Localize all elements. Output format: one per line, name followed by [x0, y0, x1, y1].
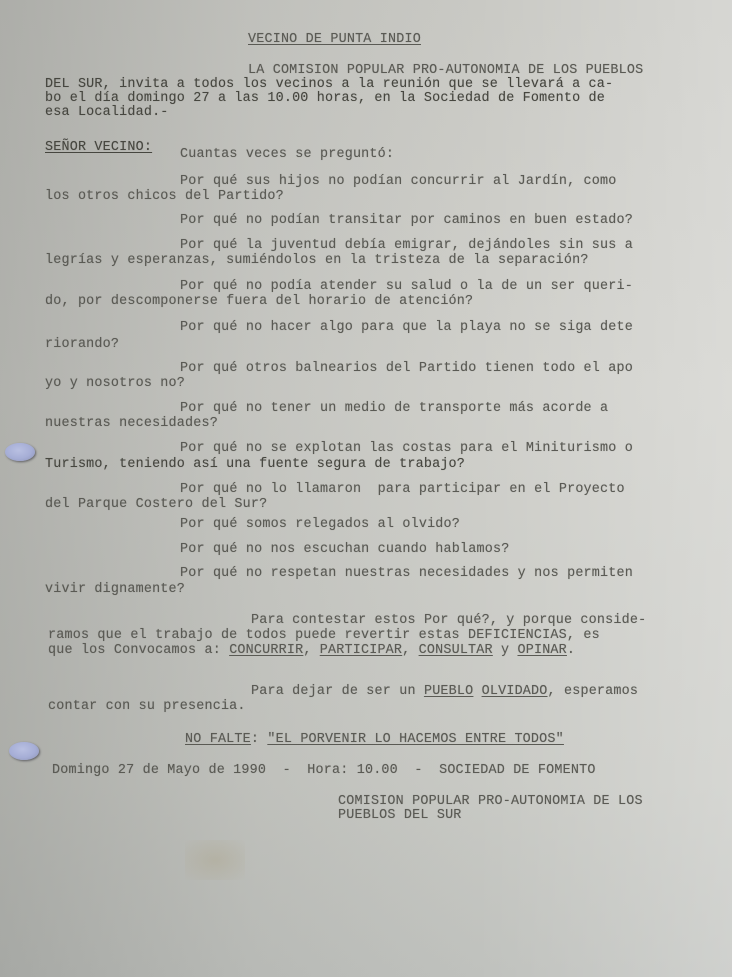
intro-line: esa Localidad.-	[45, 106, 169, 120]
question-line: Por qué no se explotan las costas para e…	[180, 442, 633, 456]
question-line: Por qué no nos escuchan cuando hablamos?	[180, 543, 509, 557]
separator: ,	[402, 643, 418, 658]
answer-text: que los Convocamos a:	[48, 643, 229, 658]
punch-hole-icon	[5, 443, 35, 461]
question-lead: Cuantas veces se preguntó:	[180, 148, 394, 162]
question-line: Por qué no podían transitar por caminos …	[180, 214, 633, 228]
closing-text: , esperamos	[548, 684, 639, 699]
verb-opinar: OPINAR	[517, 643, 566, 658]
question-line: Por qué somos relegados al olvido?	[180, 518, 460, 532]
question-continuation: nuestras necesidades?	[45, 417, 218, 431]
verb-consultar: CONSULTAR	[419, 643, 493, 658]
pueblo-text: PUEBLO	[424, 684, 473, 699]
question-continuation: del Parque Costero del Sur?	[45, 498, 267, 512]
answer-text: ramos que el trabajo de todos puede reve…	[48, 628, 468, 643]
question-line: Por qué no lo llamaron para participar e…	[180, 483, 625, 497]
question-line: Por qué no hacer algo para que la playa …	[180, 321, 633, 335]
question-continuation: riorando?	[45, 338, 119, 352]
question-line: Por qué la juventud debía emigrar, deján…	[180, 239, 633, 253]
verb-concurrir: CONCURRIR	[229, 643, 303, 658]
no-falte-text: NO FALTE	[185, 732, 251, 747]
slogan-quote: "EL PORVENIR LO HACEMOS ENTRE TODOS"	[267, 732, 564, 747]
typewritten-flyer: VECINO DE PUNTA INDIO LA COMISION POPULA…	[0, 0, 732, 977]
intro-line: bo el día domingo 27 a las 10.00 horas, …	[45, 92, 605, 106]
document-title: VECINO DE PUNTA INDIO	[248, 33, 421, 47]
salutation: SEÑOR VECINO:	[45, 141, 152, 155]
intro-line: DEL SUR, invita a todos los vecinos a la…	[45, 78, 613, 92]
signature-line: PUEBLOS DEL SUR	[338, 809, 462, 823]
intro-line: LA COMISION POPULAR PRO-AUTONOMIA DE LOS…	[248, 64, 643, 78]
separator: ,	[303, 643, 319, 658]
closing-text: Para dejar de ser un	[251, 684, 424, 699]
signature-line: COMISION POPULAR PRO-AUTONOMIA DE LOS	[338, 795, 643, 809]
question-line: Por qué no podía atender su salud o la d…	[180, 280, 633, 294]
event-details: Domingo 27 de Mayo de 1990 - Hora: 10.00…	[52, 764, 596, 778]
verb-participar: PARTICIPAR	[320, 643, 402, 658]
closing-line-2: contar con su presencia.	[48, 700, 246, 714]
slogan: NO FALTE: "EL PORVENIR LO HACEMOS ENTRE …	[185, 733, 564, 747]
separator: .	[567, 643, 575, 658]
question-continuation: los otros chicos del Partido?	[45, 190, 284, 204]
answer-line-3: que los Convocamos a: CONCURRIR, PARTICI…	[48, 644, 575, 658]
question-line: Por qué otros balnearios del Partido tie…	[180, 362, 633, 376]
question-continuation: Turismo, teniendo así una fuente segura …	[45, 458, 465, 472]
paper-stain	[185, 840, 245, 880]
question-line: Por qué no respetan nuestras necesidades…	[180, 567, 633, 581]
deficiencias-text: DEFICIENCIAS	[468, 628, 567, 643]
question-continuation: yo y nosotros no?	[45, 377, 185, 391]
answer-line-2: ramos que el trabajo de todos puede reve…	[48, 629, 600, 643]
closing-line-1: Para dejar de ser un PUEBLO OLVIDADO, es…	[251, 685, 638, 699]
question-line: Por qué no tener un medio de transporte …	[180, 402, 608, 416]
olvidado-text: OLVIDADO	[482, 684, 548, 699]
answer-line-1: Para contestar estos Por qué?, y porque …	[251, 614, 646, 628]
question-continuation: legrías y esperanzas, sumiéndolos en la …	[45, 254, 589, 268]
punch-hole-icon	[9, 742, 39, 760]
separator: y	[493, 643, 518, 658]
question-line: Por qué sus hijos no podían concurrir al…	[180, 175, 617, 189]
question-continuation: vivir dignamente?	[45, 583, 185, 597]
answer-text: , es	[567, 628, 600, 643]
question-continuation: do, por descomponerse fuera del horario …	[45, 295, 473, 309]
separator: :	[251, 732, 267, 747]
